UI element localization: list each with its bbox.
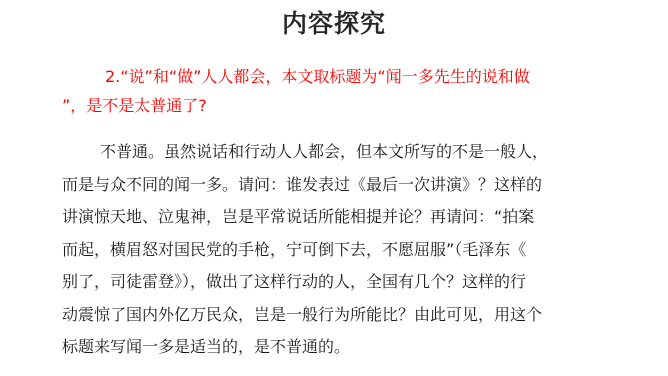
slide-title: 内容探究: [0, 6, 668, 42]
answer-line-7: 标题来写闻一多是适当的，是不普通的。: [62, 331, 622, 364]
answer-line-4: 而起，横眉怒对国民党的手枪，宁可倒下去，不愿屈服”（毛泽东《: [62, 234, 622, 267]
question-block: 2.“说”和“做”人人都会，本文取标题为“闻一多先生的说和做 ”，是不是太普通了…: [62, 62, 622, 120]
answer-line-2: 而是与众不同的闻一多。请问：谁发表过《最后一次讲演》？这样的: [62, 169, 622, 202]
question-line-2: ”，是不是太普通了?: [62, 91, 622, 120]
question-line-1: 2.“说”和“做”人人都会，本文取标题为“闻一多先生的说和做: [62, 62, 622, 91]
answer-line-3: 讲演惊天地、泣鬼神，岂是平常说话所能相提并论？再请问：“拍案: [62, 201, 622, 234]
answer-paragraph: 不普通。虽然说话和行动人人都会，但本文所写的不是一般人， 而是与众不同的闻一多。…: [62, 136, 622, 364]
answer-line-5: 别了，司徒雷登》），做出了这样行动的人，全国有几个？这样的行: [62, 266, 622, 299]
answer-line-6: 动震惊了国内外亿万民众，岂是一般行为所能比？由此可见，用这个: [62, 299, 622, 332]
answer-line-1: 不普通。虽然说话和行动人人都会，但本文所写的不是一般人，: [62, 136, 622, 169]
